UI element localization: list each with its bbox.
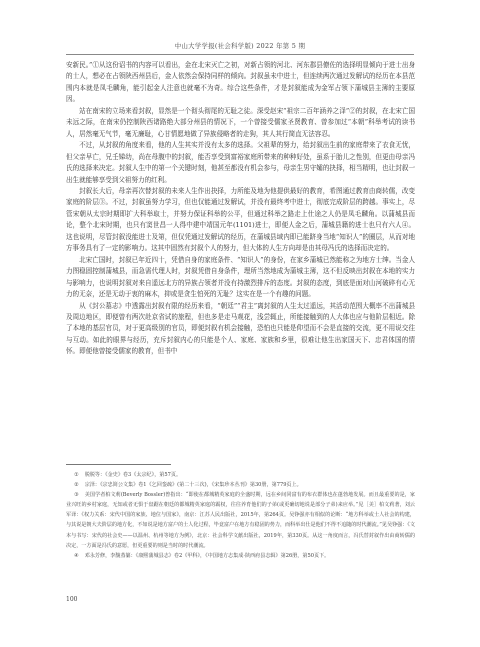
footnote: ④邓永芳修，李馥蒸纂：《康熙蒲城县志》卷2《甲科》，《中国地方志集成·陕西府县志…: [66, 551, 415, 561]
footnote-number: ②: [74, 482, 79, 488]
footnote-text: 邓永芳修，李馥蒸纂：《康熙蒲城县志》卷2《甲科》，《中国地方志集成·陕西府县志辑…: [85, 553, 330, 559]
footnote-separator: [66, 464, 171, 465]
page-number: 100: [66, 596, 77, 603]
footnote-number: ①: [74, 472, 79, 478]
paragraph: 封叙长大后，母亲再次替封叙的未来人生作出抉择，力所能及地为他提供最好的教育，希图…: [66, 186, 415, 255]
footnote-text: 宗泽：《宗忠简公文集》卷1《乞回銮疏》(第二十三次)，《宋集珍本丛刊》第30册，…: [85, 482, 302, 488]
footnote-number: ③: [74, 492, 79, 498]
paragraph: 安新民。”①从这份诏书的内容可以看出，金在北宋灭亡之初，对新占领的河北、河东郡县…: [66, 60, 415, 106]
paragraph: 站在南宋的立场来看封叙，显然是一个彻头彻尾的无耻之徒。深受赵宋“祖宗二百年涵养之…: [66, 106, 415, 140]
paragraph: 北宋亡国时，封叙已年近四十，凭借自身的家庭条件、“知识人”的身份，在家乡蒲城已然…: [66, 255, 415, 301]
running-head: 中山大学学报(社会科学版) 2022 年第 5 期: [0, 41, 480, 50]
document-page: 中山大学学报(社会科学版) 2022 年第 5 期 安新民。”①从这份诏书的内容…: [0, 0, 480, 647]
footnote: ②宗泽：《宗忠简公文集》卷1《乞回銮疏》(第二十三次)，《宋集珍本丛刊》第30册…: [66, 480, 415, 490]
header-rule: [66, 54, 414, 55]
footnote: ③美国学者柏文莉(Beverly Bossler)曾指出：“即使在都城精英家庭的…: [66, 490, 415, 551]
body-text: 安新民。”①从这份诏书的内容可以看出，金在北宋灭亡之初，对新占领的河北、河东郡县…: [66, 60, 415, 358]
footnote: ①脱脱等：《金史》卷3《太宗纪》，第57页。: [66, 470, 415, 480]
footnotes: ①脱脱等：《金史》卷3《太宗纪》，第57页。 ②宗泽：《宗忠简公文集》卷1《乞回…: [66, 470, 415, 561]
footnote-number: ④: [74, 553, 79, 559]
footnote-text: 脱脱等：《金史》卷3《太宗纪》，第57页。: [85, 472, 181, 478]
paragraph: 从《封公墓志》中透露出封叙有限的经历来看，“朝廷”“君主”离封叙的人生太过遥远，…: [66, 301, 415, 358]
paragraph: 不过，从封叙的角度来看，他的人生其实并没有太多的选择。父祖辈的努力，给封叙出生前…: [66, 140, 415, 186]
footnote-text: 美国学者柏文莉(Beverly Bossler)曾指出：“即使在都城精英家庭的全…: [66, 492, 415, 548]
